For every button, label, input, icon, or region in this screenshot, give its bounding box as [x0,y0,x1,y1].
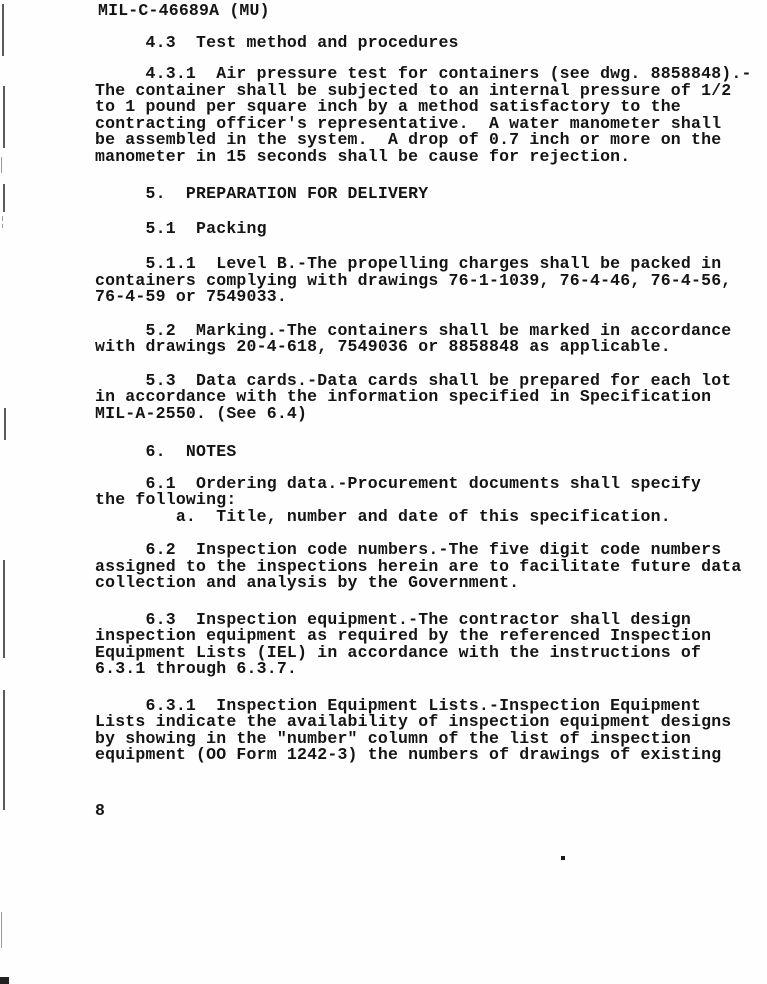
document-content: MIL-C-46689A (MU) 4.3 Test method and pr… [95,3,767,819]
scan-speck [561,856,565,860]
para-5-3-data-cards: 5.3 Data cards.-Data cards shall be prep… [95,373,767,423]
para-6-3-1-inspection-equipment-lists: 6.3.1 Inspection Equipment Lists.-Inspec… [95,698,767,764]
scan-artifact-line [2,216,3,221]
scan-corner-mark [0,977,9,984]
para-6-1-ordering-data: 6.1 Ordering data.-Procurement documents… [95,476,767,526]
para-5-1-1-level-b: 5.1.1 Level B.-The propelling charges sh… [95,256,767,306]
section-heading-6-notes: 6. NOTES [95,444,767,461]
scan-artifact-line [1,157,2,173]
section-heading-5-preparation-for-delivery: 5. PREPARATION FOR DELIVERY [95,186,767,203]
document-page: MIL-C-46689A (MU) 4.3 Test method and pr… [0,0,767,984]
para-4-3-1-air-pressure-test: 4.3.1 Air pressure test for containers (… [95,66,767,165]
para-6-3-inspection-equipment: 6.3 Inspection equipment.-The contractor… [95,612,767,678]
scan-artifact-line [3,560,5,658]
page-number: 8 [95,803,767,820]
para-6-2-inspection-code-numbers: 6.2 Inspection code numbers.-The five di… [95,542,767,592]
scan-artifact-line [3,86,5,148]
scan-artifact-line [3,690,5,810]
scan-artifact-line [2,4,4,56]
scan-artifact-line [2,224,3,228]
para-5-2-marking: 5.2 Marking.-The containers shall be mar… [95,323,767,356]
document-id-header: MIL-C-46689A (MU) [98,3,767,20]
section-heading-5-1-packing: 5.1 Packing [95,221,767,238]
scan-artifact-line [3,184,5,212]
scan-artifact-line [1,912,2,948]
scan-artifact-line [4,408,6,440]
section-heading-4-3: 4.3 Test method and procedures [95,35,767,52]
